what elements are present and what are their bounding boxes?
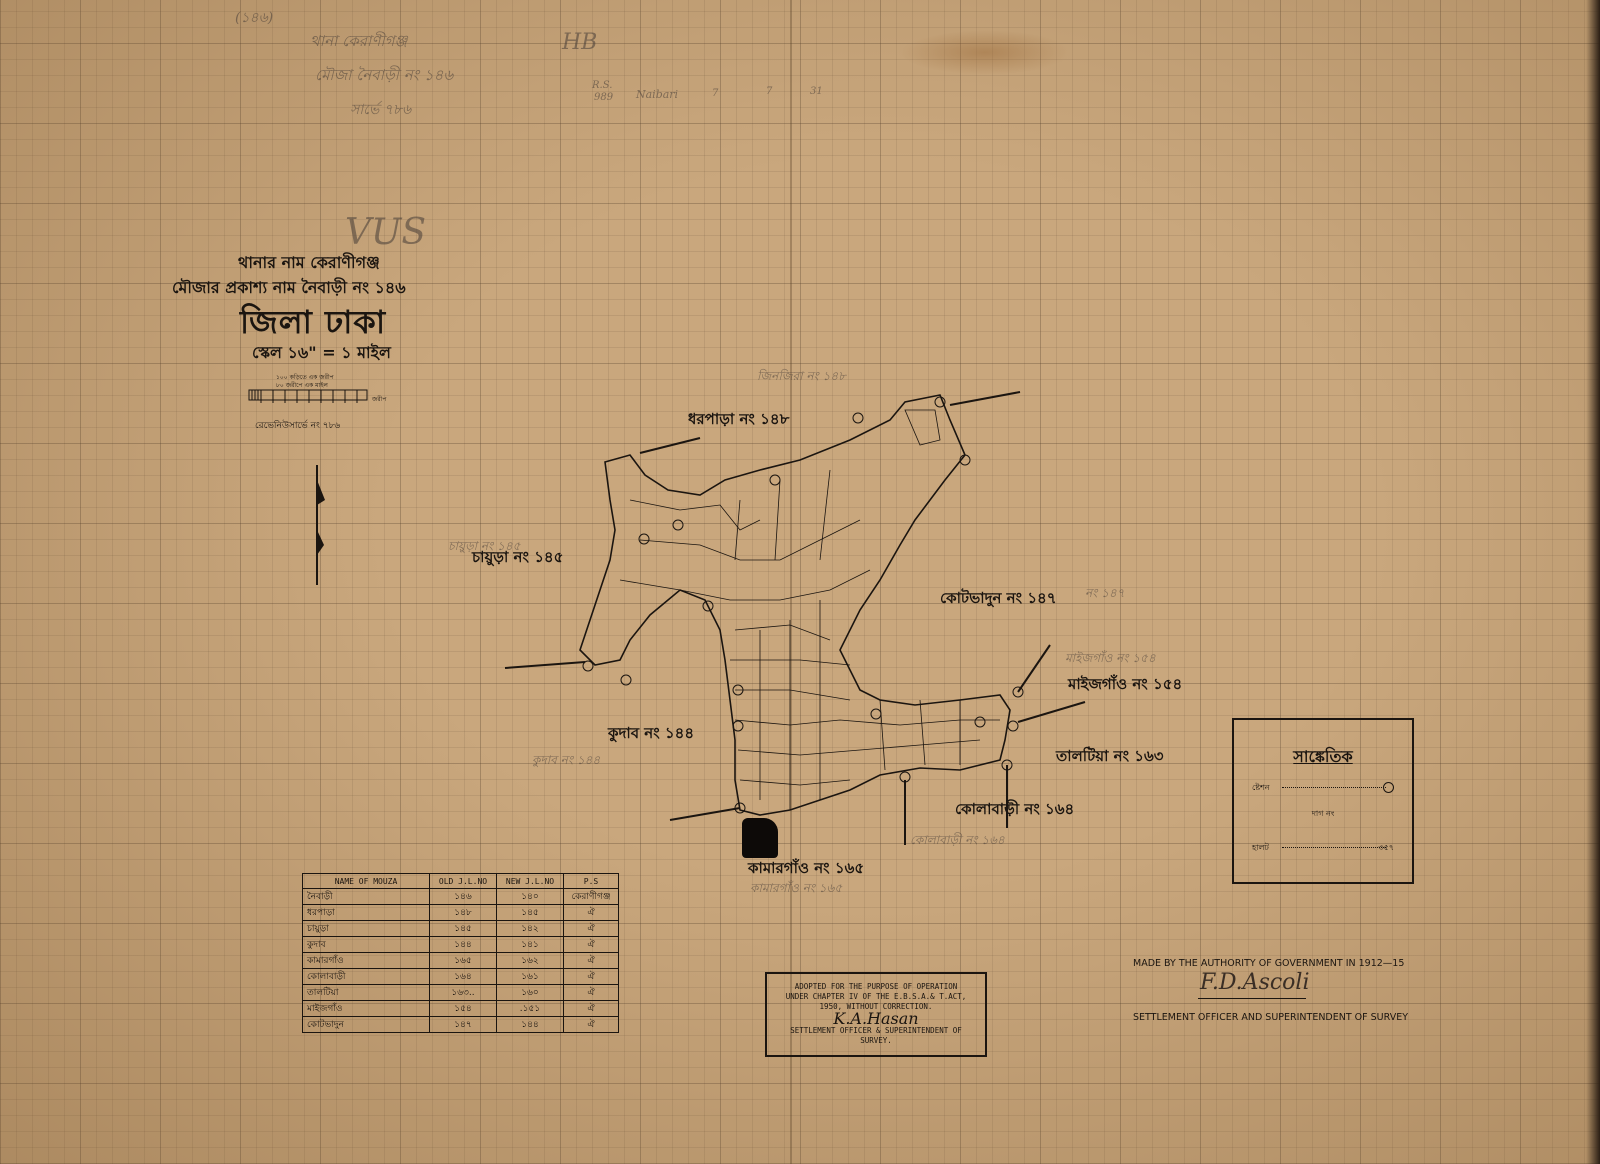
- adjacent-mouza-pencil: নং ১৪৭: [1085, 585, 1125, 605]
- table-row: ধরপাড়া১৪৮১৪৫ঐ: [303, 905, 619, 921]
- legend-plot-no: দাগ নং: [1252, 808, 1394, 821]
- map-sheet: (১৪৬) থানা কেরাণীগঞ্জ মৌজা নৈবাড়ী নং ১৪…: [0, 0, 1600, 1164]
- col-new-jl: NEW J.L.NO: [497, 874, 564, 889]
- adjacent-mouza-label: কুদাব নং ১৪৪: [608, 722, 694, 747]
- adoption-stamp: ADOPTED FOR THE PURPOSE OF OPERATION UND…: [765, 972, 987, 1057]
- adjacent-mouza-pencil: মাইজগাঁও নং ১৫৪: [1065, 650, 1156, 670]
- signature-line: [1198, 998, 1306, 999]
- station-circle-icon: [1383, 782, 1394, 793]
- table-row: চায়ুড়া১৪৫১৪২ঐ: [303, 921, 619, 937]
- col-ps: P.S: [564, 874, 619, 889]
- table-row: কামারগাঁও১৬৫১৬২ঐ: [303, 953, 619, 969]
- col-old-jl: OLD J.L.NO: [430, 874, 497, 889]
- adjacent-mouza-pencil: জিনজিরা নং ১৪৮: [757, 368, 846, 388]
- adjacent-mouza-pencil: কোলাবাড়ী নং ১৬৪: [910, 832, 1005, 852]
- paper-hole: [742, 818, 778, 858]
- adjacent-mouza-label: তালটিয়া নং ১৬৩: [1056, 745, 1164, 770]
- legend-title: সাঙ্কেতিক: [1234, 744, 1412, 771]
- adjacent-mouza-label: কামারগাঁও নং ১৬৫: [748, 857, 864, 882]
- col-name-of-mouza: NAME OF MOUZA: [303, 874, 430, 889]
- authority-signature: F.D.Ascoli: [1200, 970, 1310, 995]
- map-legend: সাঙ্কেতিক ষ্টেশন দাগ নং হালট ৩৫৭: [1232, 718, 1414, 884]
- adjacent-mouza-pencil: কামারগাঁও নং ১৬৫: [750, 880, 842, 900]
- adjacent-mouza-label: কোলাবাড়ী নং ১৬৪: [955, 798, 1074, 823]
- table-header-row: NAME OF MOUZA OLD J.L.NO NEW J.L.NO P.S: [303, 874, 619, 889]
- table-row: কুদাব১৪৪১৪১ঐ: [303, 937, 619, 953]
- officer-title: SETTLEMENT OFFICER AND SUPERINTENDENT OF…: [1133, 1012, 1408, 1023]
- adjacent-mouza-label: কোটভাদুন নং ১৪৭: [940, 587, 1057, 612]
- legend-station: ষ্টেশন: [1252, 782, 1394, 795]
- table-row: মাইজগাঁও১৫৪.১৫১ঐ: [303, 1001, 619, 1017]
- authority-text: MADE BY THE AUTHORITY OF GOVERNMENT IN 1…: [1133, 958, 1404, 969]
- table-row: কোলাবাড়ী১৬৪১৬১ঐ: [303, 969, 619, 985]
- mouza-table: NAME OF MOUZA OLD J.L.NO NEW J.L.NO P.S …: [302, 873, 619, 1033]
- legend-halot: হালট ৩৫৭: [1252, 842, 1394, 855]
- adjacent-mouza-pencil: চায়ুড়া নং ১৪৫: [448, 538, 520, 558]
- adjacent-mouza-label: মাইজগাঁও নং ১৫৪: [1068, 673, 1182, 698]
- officer-signature: K.A.Hasan: [767, 1014, 985, 1024]
- adjacent-mouza-pencil: কুদাব নং ১৪৪: [532, 752, 600, 772]
- adjacent-mouza-label: ধরপাড়া নং ১৪৮: [688, 408, 789, 433]
- table-row: কোটভাদুন১৪৭১৪৪ঐ: [303, 1017, 619, 1033]
- table-row: নৈবাড়ী১৪৬১৪০কেরাণীগঞ্জ: [303, 889, 619, 905]
- table-row: তালটিয়া১৬৩..১৬০ঐ: [303, 985, 619, 1001]
